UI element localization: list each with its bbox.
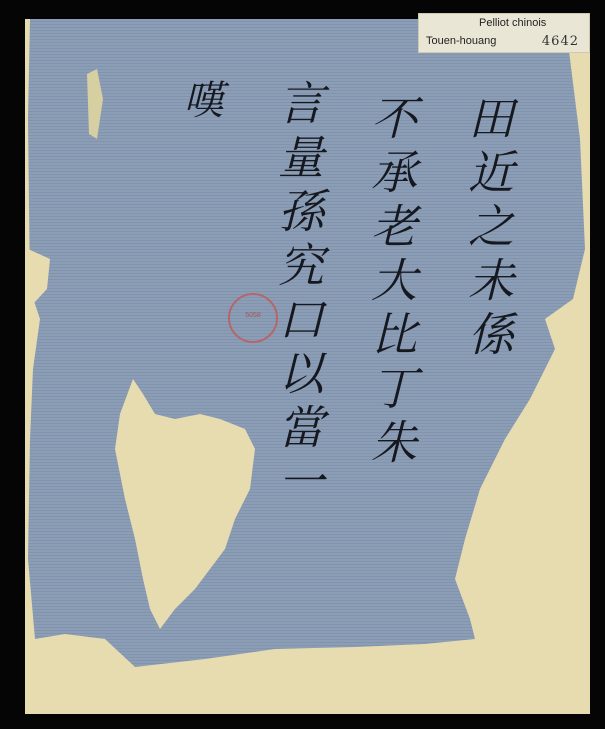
text-column-2: 不承老大比丁朱	[368, 94, 414, 472]
text-column-4: 嘆	[180, 79, 220, 127]
label-collection: Pelliot chinois	[479, 17, 546, 29]
catalog-label: Pelliot chinois Touen-houang 4642	[418, 13, 590, 53]
library-stamp: 5058	[228, 293, 278, 343]
manuscript-sheet: 田近之未係 不承老大比丁朱 言量孫究口以當一 嘆	[25, 19, 590, 714]
label-location: Touen-houang	[426, 35, 496, 47]
text-column-3: 言量孫究口以當一	[275, 79, 321, 511]
text-column-1: 田近之未係	[465, 94, 511, 364]
stamp-number: 5058	[230, 312, 276, 319]
label-number: 4642	[542, 34, 579, 49]
